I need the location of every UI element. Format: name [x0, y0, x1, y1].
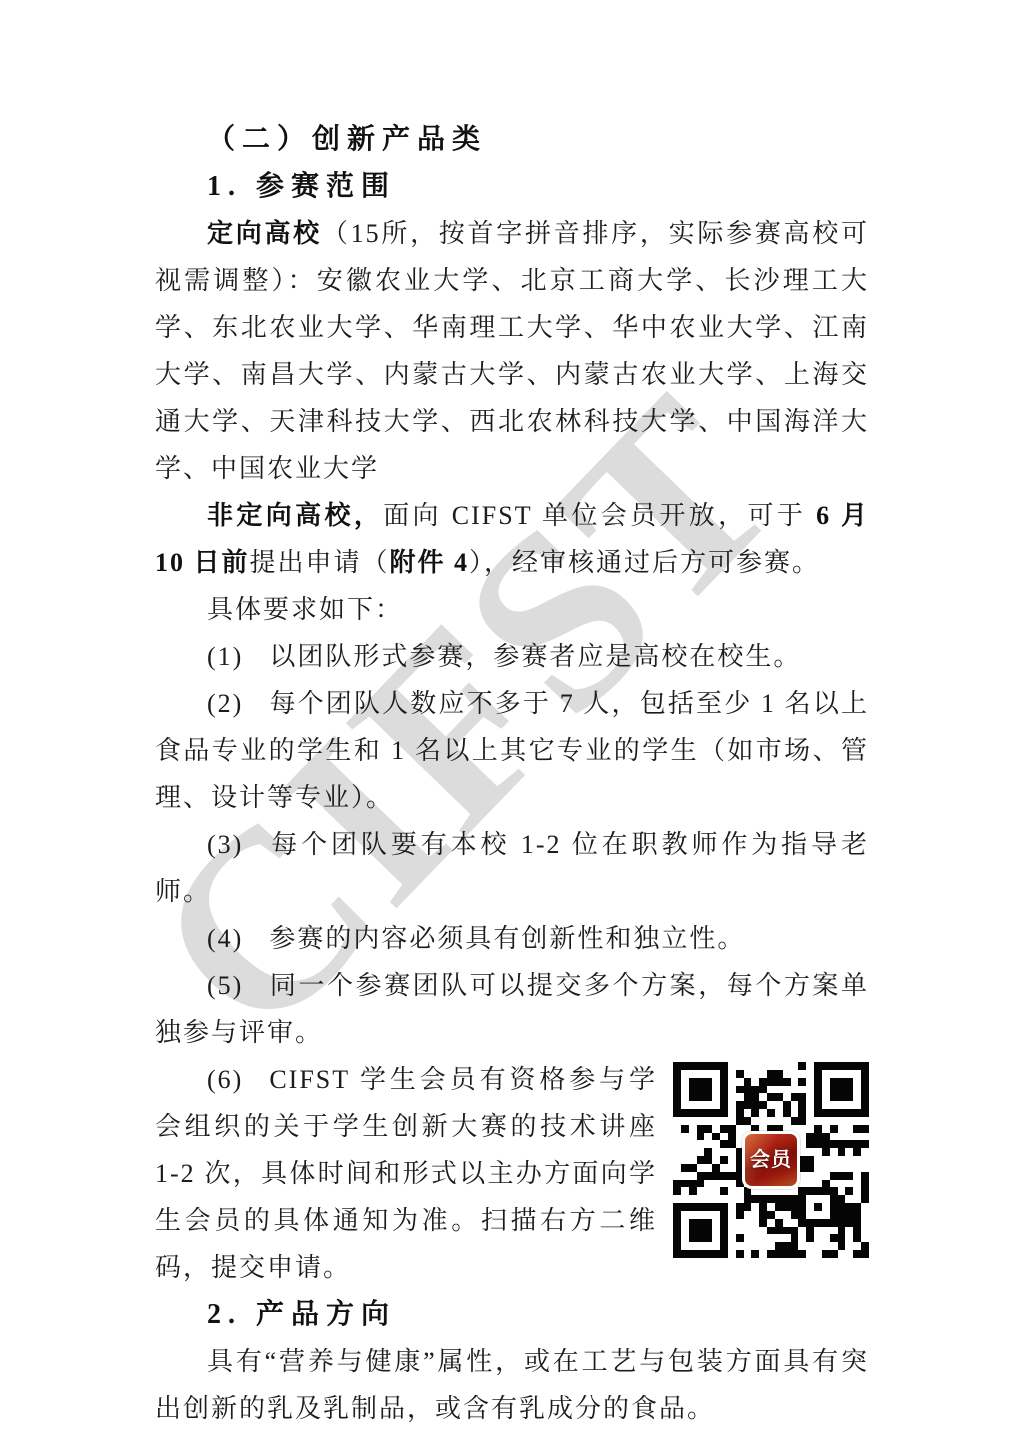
- targeted-universities-list: （15所，按首字拼音排序，实际参赛高校可视需调整）：安徽农业大学、北京工商大学、…: [155, 219, 869, 483]
- list-item-4: (4)参赛的内容必须具有创新性和独立性。: [155, 915, 869, 962]
- subsection-heading-product-direction: 2. 产品方向: [155, 1291, 869, 1338]
- member-badge: 会员: [742, 1131, 800, 1189]
- paragraph-requirements-intro: 具体要求如下：: [155, 586, 869, 633]
- paragraph-open-universities: 非定向高校，面向 CIFST 单位会员开放，可于 6 月 10 日前提出申请（附…: [155, 492, 869, 586]
- list-item-1: (1)以团队形式参赛，参赛者应是高校在校生。: [155, 633, 869, 680]
- membership-qr-code: 会员: [673, 1062, 869, 1258]
- attachment-ref: 附件 4: [390, 548, 470, 577]
- list-item-6-number: (6): [207, 1065, 243, 1094]
- paragraph-product-direction: 具有“营养与健康”属性，或在工艺与包装方面具有突出创新的乳及乳制品，或含有乳成分…: [155, 1338, 869, 1432]
- list-item-6: (6)CIFST 学生会员有资格参与学会组织的关于学生创新大赛的技术讲座 1-2…: [155, 1056, 657, 1291]
- paragraph-targeted-universities: 定向高校（15所，按首字拼音排序，实际参赛高校可视需调整）：安徽农业大学、北京工…: [155, 210, 869, 492]
- targeted-universities-lead: 定向高校: [207, 219, 322, 248]
- document-body: （二）创新产品类 1. 参赛范围 定向高校（15所，按首字拼音排序，实际参赛高校…: [155, 116, 869, 1432]
- list-item-1-number: (1): [207, 642, 243, 671]
- section-heading: （二）创新产品类: [155, 116, 869, 163]
- document-page: CIFST （二）创新产品类 1. 参赛范围 定向高校（15所，按首字拼音排序，…: [0, 0, 1024, 1448]
- list-item-5-number: (5): [207, 971, 243, 1000]
- member-badge-label: 会员: [750, 1137, 792, 1184]
- list-item-5: (5)同一个参赛团队可以提交多个方案，每个方案单独参与评审。: [155, 962, 869, 1056]
- list-item-3-number: (3): [207, 830, 243, 859]
- item-6-with-qr-row: (6)CIFST 学生会员有资格参与学会组织的关于学生创新大赛的技术讲座 1-2…: [155, 1056, 869, 1291]
- open-universities-lead: 非定向高校，: [207, 501, 383, 530]
- subsection-heading-scope: 1. 参赛范围: [155, 163, 869, 210]
- list-item-2-number: (2): [207, 689, 243, 718]
- list-item-2: (2)每个团队人数应不多于 7 人，包括至少 1 名以上食品专业的学生和 1 名…: [155, 680, 869, 821]
- list-item-4-number: (4): [207, 924, 243, 953]
- list-item-3: (3)每个团队要有本校 1-2 位在职教师作为指导老师。: [155, 821, 869, 915]
